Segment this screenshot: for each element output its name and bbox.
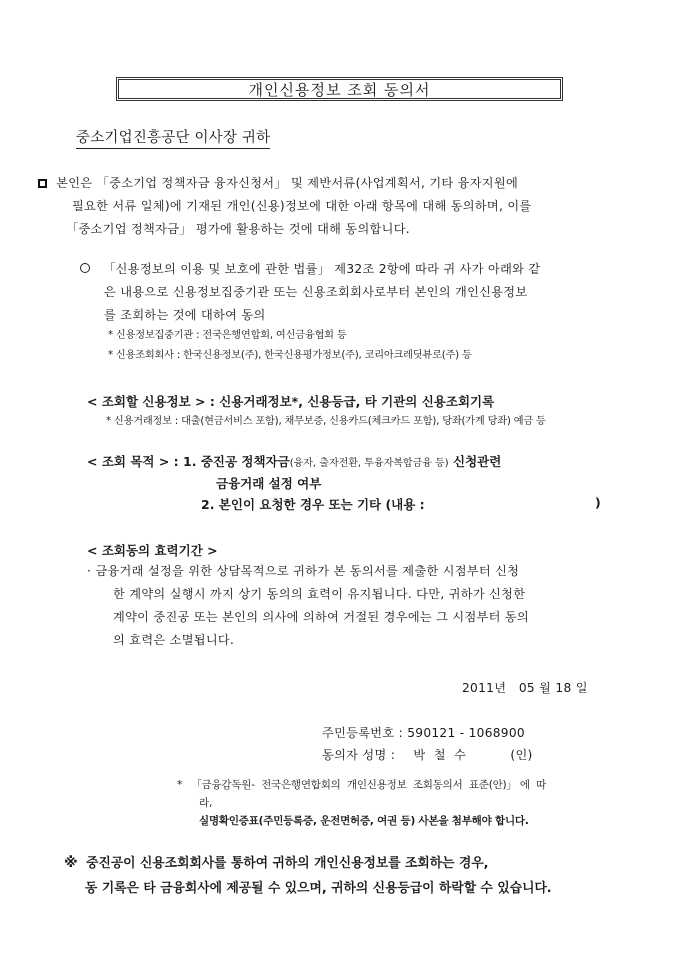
validity-line-3: 계약이 중진공 또는 본인의 의사에 의하여 거절된 경우에는 그 시점부터 동… <box>113 606 529 628</box>
purpose-item-1-line-2: 금융거래 설정 여부 <box>216 474 321 492</box>
inquiry-info-note: * 신용거래정보 : 대출(현금서비스 포함), 채무보증, 신용카드(체크카드… <box>106 413 546 431</box>
purpose-item-1: 1. 중진공 정책자금 <box>183 454 290 469</box>
resident-id-label: 주민등록번호 : <box>322 726 403 740</box>
reference-mark-icon: ※ <box>64 855 78 871</box>
date-year: 2011 <box>462 681 494 695</box>
document-title-box: 개인신용정보 조회 동의서 <box>116 77 563 101</box>
validity-line-4: 의 효력은 소멸됩니다. <box>113 629 234 651</box>
validity-line-2: 한 계약의 실행시 까지 상기 동의의 효력이 유지됩니다. 다만, 귀하가 신… <box>113 583 525 605</box>
inquiry-info-heading: < 조회할 신용정보 > : 신용거래정보*, 신용등급, 타 기관의 신용조회… <box>87 392 494 410</box>
consent-intro-line-1: 본인은 「중소기업 정책자금 융자신청서」 및 제반서류(사업계획서, 기타 융… <box>38 172 518 194</box>
law-clause-note-2: * 신용조회회사 : 한국신용정보(주), 한국신용평가정보(주), 코리아크레… <box>108 347 472 365</box>
consenter-name-row: 동의자 성명 : 박 철 수 (인) <box>322 744 533 766</box>
purpose-item-1-paren: (융자, 출자전환, 투융자복합금융 등) <box>290 458 449 469</box>
purpose-item-2-close: ) <box>595 495 601 510</box>
consenter-name-value: 박 철 수 <box>413 748 466 762</box>
footnote-line-2: 라, <box>199 794 212 812</box>
law-clause-note-1: * 신용정보집중기관 : 전국은행연합회, 여신금융협회 등 <box>108 327 346 345</box>
inquiry-purpose-line-1: < 조회 목적 > : 1. 중진공 정책자금(융자, 출자전환, 투융자복합금… <box>87 452 501 470</box>
law-clause-line-3: 를 조회하는 것에 대하여 동의 <box>104 304 266 326</box>
footnote-line-1: * 「금융감독원- 전국은행연합회의 개인신용정보 조회동의서 표준(안)」 에… <box>177 776 546 794</box>
consent-intro-line-3: 「중소기업 정책자금」 평가에 활용하는 것에 대해 동의합니다. <box>66 218 410 240</box>
resident-id-row: 주민등록번호 : 590121 - 1068900 <box>322 722 525 744</box>
seal-mark: (인) <box>510 748 532 762</box>
addressee: 중소기업진흥공단 이사장 귀하 <box>76 126 270 149</box>
date-month: 05 <box>519 681 535 695</box>
law-clause-line-2: 은 내용으로 신용정보집중기관 또는 신용조회회사로부터 본인의 개인신용정보 <box>104 281 527 303</box>
purpose-item-2: 2. 본인이 요청한 경우 또는 기타 (내용 : <box>201 495 425 513</box>
validity-heading: < 조회동의 효력기간 > <box>87 541 218 559</box>
inquiry-purpose-label: < 조회 목적 > : <box>87 454 179 469</box>
law-clause-line-1: 「신용정보의 이용 및 보호에 관한 법률」 제32조 2항에 따라 귀 사가 … <box>80 258 540 280</box>
date-day: 18 <box>555 681 571 695</box>
validity-line-1: · 금융거래 설정을 위한 상담목적으로 귀하가 본 동의서를 제출한 시점부터… <box>87 560 519 582</box>
footnote-star: * <box>177 779 182 791</box>
document-title: 개인신용정보 조회 동의서 <box>249 79 431 100</box>
circle-bullet-icon <box>80 263 90 273</box>
warning-line-2: 동 기록은 타 금융회사에 제공될 수 있으며, 귀하의 신용등급이 하락할 수… <box>85 877 552 896</box>
warning-line-1: ※ 중진공이 신용조회회사를 통하여 귀하의 개인신용정보를 조회하는 경우, <box>64 852 489 871</box>
checkbox-icon <box>38 179 47 188</box>
purpose-item-1-suffix: 신청관련 <box>453 454 501 469</box>
resident-id-value: 590121 - 1068900 <box>407 726 525 740</box>
footnote-line-3: 실명확인증표(주민등록증, 운전면허증, 여권 등) 사본을 첨부해야 합니다. <box>199 812 529 830</box>
signing-date: 2011년 05 월 18 일 <box>462 677 588 699</box>
consent-intro-line-2: 필요한 서류 일체)에 기재된 개인(신용)정보에 대한 아래 항목에 대해 동… <box>72 195 532 217</box>
consenter-name-label: 동의자 성명 : <box>322 748 395 762</box>
